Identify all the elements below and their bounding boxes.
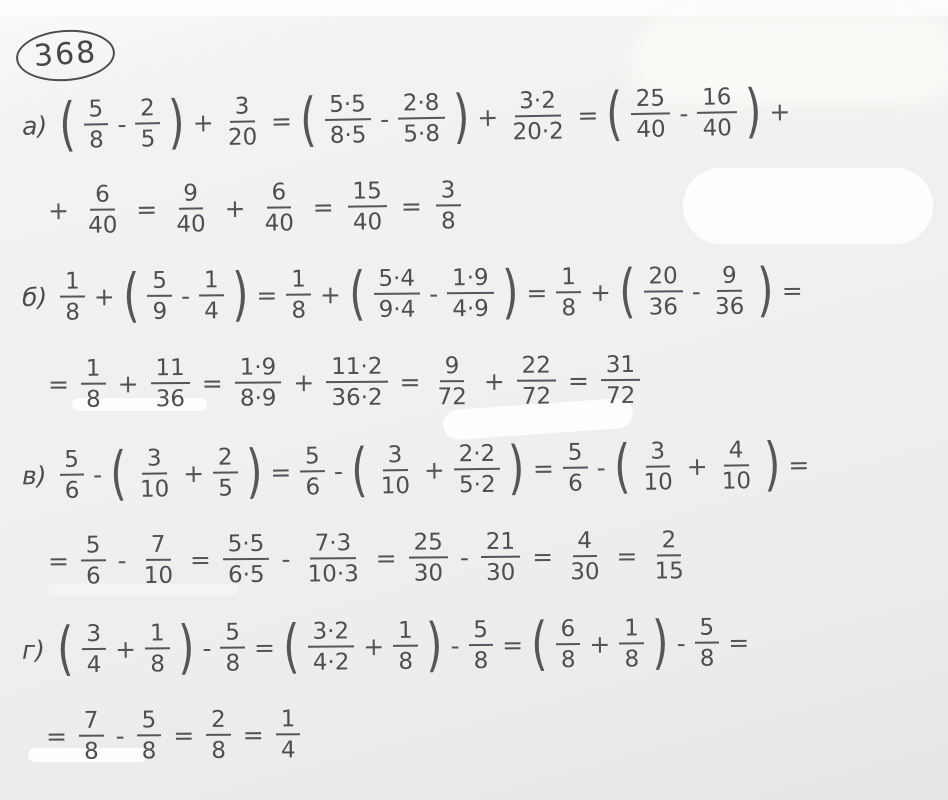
numerator: 9 [717, 262, 742, 292]
numerator: 25 [631, 85, 671, 115]
fraction: 78 [79, 707, 104, 765]
operator: + [183, 459, 204, 488]
denominator: 8 [286, 295, 311, 324]
operator: - [596, 453, 605, 482]
operator: + [589, 630, 610, 659]
denominator: 36 [151, 384, 190, 413]
fraction: 28 [206, 706, 231, 764]
fraction: 7·310·3 [302, 530, 364, 588]
denominator: 36 [644, 292, 684, 321]
fraction: 18 [556, 264, 581, 322]
operator: + [48, 196, 69, 225]
denominator: 10 [376, 471, 416, 500]
fraction: 14 [276, 706, 301, 764]
math-lines: а)(58-25)+320=(5·58·5-2·85·8)+3·220·2=(2… [0, 0, 948, 765]
denominator: 72 [432, 382, 471, 411]
denominator: 8·9 [235, 383, 282, 412]
math-line-8: =78-58=28=14 [22, 699, 940, 768]
denominator: 6 [81, 561, 106, 590]
numerator: 1 [286, 266, 311, 296]
denominator: 5 [213, 473, 238, 502]
numerator: 3 [436, 177, 461, 207]
operator: = [136, 195, 157, 224]
denominator: 8 [619, 644, 644, 673]
denominator: 10 [135, 474, 175, 503]
operator: = [313, 193, 334, 222]
fraction: 1·98·9 [235, 354, 282, 412]
fraction: 38 [436, 177, 461, 235]
fraction: 5·58·5 [324, 91, 372, 150]
operator: - [116, 721, 125, 750]
fraction: 3172 [601, 351, 641, 409]
denominator: 10 [717, 466, 757, 495]
numerator: 7·3 [310, 530, 357, 560]
numerator: 11 [150, 355, 189, 385]
numerator: 3 [142, 445, 167, 475]
fraction: 310 [134, 445, 174, 503]
operator: - [679, 99, 689, 128]
denominator: 4 [276, 735, 301, 764]
operator: + [115, 635, 136, 664]
denominator: 9·4 [374, 295, 421, 324]
denominator: 40 [697, 113, 737, 142]
math-line-3: б)18+(59-14)=18+(5·49·4-1·94·9)=18+(2036… [22, 258, 941, 329]
denominator: 40 [348, 207, 388, 236]
numerator: 3 [383, 442, 408, 472]
part-label: г) [22, 636, 45, 665]
fraction: 1·94·9 [447, 264, 494, 322]
fraction: 2·85·8 [398, 89, 446, 148]
operator: = [788, 450, 809, 479]
fraction: 3·24·2 [307, 618, 354, 676]
fraction: 58 [694, 614, 719, 672]
numerator: 6 [555, 616, 580, 646]
fraction: 410 [716, 437, 756, 495]
denominator: 40 [259, 208, 299, 237]
fraction: 56 [300, 443, 325, 501]
numerator: 5·5 [324, 91, 371, 121]
fraction: 1640 [697, 84, 737, 143]
part-label: в) [22, 461, 47, 490]
operator: = [782, 276, 803, 305]
fraction: 5·56·5 [223, 530, 270, 588]
numerator: 5 [81, 532, 106, 562]
operator: - [117, 110, 127, 139]
denominator: 8·5 [325, 120, 372, 149]
operator: + [320, 280, 341, 309]
operator: - [380, 105, 390, 134]
denominator: 8 [220, 648, 245, 677]
numerator: 5 [468, 616, 493, 646]
fraction: 940 [171, 180, 211, 238]
denominator: 4 [199, 296, 224, 325]
fraction: 25 [135, 95, 161, 153]
numerator: 5 [136, 707, 161, 737]
denominator: 40 [631, 114, 671, 143]
numerator: 1·9 [235, 354, 282, 384]
numerator: 25 [408, 529, 448, 559]
numerator: 3·2 [307, 618, 354, 648]
math-line-5: в)56-(310+25)=56-(310+2·25·2)=56-(310+41… [22, 432, 941, 508]
operator: = [48, 370, 69, 399]
denominator: 20·2 [507, 116, 569, 146]
fraction: 58 [220, 619, 245, 677]
fraction: 640 [83, 181, 123, 239]
numerator: 5·4 [373, 265, 420, 295]
operator: = [533, 454, 554, 483]
operator: = [526, 278, 547, 307]
denominator: 8 [145, 649, 170, 678]
fraction: 56 [563, 439, 588, 497]
numerator: 2 [213, 444, 238, 474]
numerator: 5 [694, 614, 719, 644]
fraction: 18 [81, 355, 106, 413]
numerator: 3 [645, 438, 670, 468]
denominator: 8 [436, 206, 461, 235]
denominator: 6·5 [223, 560, 270, 589]
numerator: 2 [206, 706, 231, 736]
numerator: 5 [300, 443, 325, 473]
denominator: 4·9 [447, 294, 494, 323]
operator: + [477, 103, 499, 132]
numerator: 5 [83, 96, 108, 126]
numerator: 22 [517, 352, 556, 382]
operator: + [192, 108, 214, 137]
fraction: 2540 [631, 85, 671, 144]
denominator: 36 [710, 292, 750, 321]
numerator: 2 [135, 95, 160, 125]
denominator: 36·2 [326, 383, 387, 412]
denominator: 8 [556, 645, 581, 674]
operator: - [117, 546, 126, 575]
operator: - [202, 634, 211, 663]
operator: = [190, 545, 211, 574]
fraction: 3·220·2 [507, 87, 569, 146]
fraction: 2272 [517, 352, 557, 410]
operator: + [769, 97, 791, 126]
operator: = [254, 633, 275, 662]
denominator: 6 [300, 472, 325, 501]
operator: - [692, 277, 701, 306]
math-line-2: +640=940+640=1540=38 [22, 168, 941, 242]
fraction: 320 [222, 93, 262, 152]
numerator: 1 [393, 617, 418, 647]
operator: + [424, 456, 445, 485]
operator: = [728, 628, 749, 657]
operator: = [502, 631, 523, 660]
operator: + [686, 452, 707, 481]
fraction: 11·236·2 [326, 353, 388, 411]
denominator: 15 [649, 556, 689, 585]
numerator: 15 [347, 178, 387, 208]
fraction: 18 [619, 615, 644, 673]
numerator: 7 [79, 707, 104, 737]
operator: - [429, 279, 438, 308]
fraction: 2·25·2 [453, 440, 500, 499]
numerator: 6 [266, 179, 291, 209]
math-line-6: =56-710=5·56·5-7·310·3=2530-2130=430=215 [22, 522, 941, 593]
fraction: 310 [375, 441, 415, 499]
fraction: 5·49·4 [373, 265, 420, 323]
operator: = [568, 366, 589, 395]
operator: + [293, 368, 314, 397]
operator: + [590, 278, 611, 307]
fraction: 640 [259, 179, 299, 237]
fraction: 34 [81, 620, 106, 678]
numerator: 7 [146, 531, 171, 561]
fraction: 58 [136, 707, 161, 765]
denominator: 30 [409, 558, 449, 587]
fraction: 2036 [643, 263, 683, 321]
denominator: 5 [135, 124, 160, 153]
operator: - [450, 631, 459, 660]
denominator: 8 [79, 737, 104, 766]
part-label: б) [22, 283, 47, 312]
numerator: 5·5 [223, 530, 270, 560]
numerator: 3 [81, 620, 106, 650]
denominator: 72 [601, 381, 640, 410]
operator: = [532, 542, 553, 571]
denominator: 30 [565, 557, 605, 586]
numerator: 4 [723, 437, 748, 467]
fraction: 2130 [481, 528, 521, 586]
numerator: 5 [563, 439, 588, 469]
operator: = [401, 192, 422, 221]
denominator: 9 [147, 297, 172, 326]
numerator: 11·2 [326, 353, 387, 383]
operator: = [173, 721, 194, 750]
numerator: 6 [90, 181, 115, 211]
denominator: 6 [563, 469, 588, 498]
fraction: 18 [286, 266, 311, 324]
numerator: 1 [81, 355, 106, 385]
numerator: 1·9 [447, 264, 494, 294]
fraction: 430 [565, 527, 605, 585]
operator: = [48, 547, 69, 576]
operator: = [270, 458, 291, 487]
operator: - [334, 457, 343, 486]
numerator: 5 [147, 267, 172, 297]
operator: + [94, 282, 115, 311]
numerator: 21 [481, 528, 521, 558]
denominator: 72 [517, 381, 556, 410]
denominator: 8 [84, 125, 109, 154]
denominator: 8 [393, 647, 418, 676]
numerator: 2·2 [453, 440, 500, 470]
operator: = [399, 367, 420, 396]
numerator: 2 [656, 527, 681, 557]
operator: + [363, 632, 384, 661]
numerator: 4 [572, 528, 597, 558]
math-line-4: =18+1136=1·98·9+11·236·2=972+2272=3172 [22, 347, 940, 416]
denominator: 40 [83, 210, 123, 239]
fraction: 936 [710, 262, 750, 320]
operator: = [577, 101, 599, 130]
fraction: 25 [213, 444, 238, 502]
numerator: 5 [59, 446, 84, 476]
denominator: 8 [695, 644, 720, 673]
notebook-page: 368 а)(58-25)+320=(5·58·5-2·85·8)+3·220·… [0, 0, 948, 800]
denominator: 4 [82, 650, 107, 679]
denominator: 8 [469, 646, 494, 675]
operator: = [46, 722, 67, 751]
operator: + [484, 367, 505, 396]
denominator: 20 [223, 122, 263, 151]
denominator: 5·2 [454, 470, 501, 499]
operator: - [676, 629, 685, 658]
fraction: 56 [81, 532, 106, 590]
numerator: 1 [199, 267, 224, 297]
denominator: 5·8 [398, 119, 445, 148]
numerator: 2·8 [398, 89, 445, 119]
denominator: 8 [137, 736, 162, 765]
fraction: 710 [138, 531, 178, 589]
fraction: 58 [468, 616, 493, 674]
part-label: а) [22, 111, 48, 140]
fraction: 215 [649, 527, 689, 585]
denominator: 8 [556, 293, 581, 322]
operator: - [281, 545, 290, 574]
denominator: 6 [60, 476, 85, 505]
operator: + [118, 369, 139, 398]
operator: - [93, 460, 102, 489]
numerator: 5 [220, 619, 245, 649]
fraction: 56 [59, 446, 84, 504]
operator: - [181, 282, 190, 311]
operator: = [256, 281, 277, 310]
numerator: 1 [619, 615, 644, 645]
numerator: 31 [601, 351, 640, 381]
operator: = [243, 721, 264, 750]
numerator: 9 [178, 180, 203, 210]
numerator: 20 [643, 263, 683, 293]
denominator: 40 [171, 209, 211, 238]
fraction: 59 [147, 267, 172, 325]
fraction: 18 [60, 268, 85, 326]
operator: = [616, 542, 637, 571]
denominator: 8 [206, 736, 231, 765]
numerator: 16 [697, 84, 737, 114]
denominator: 8 [60, 297, 85, 326]
math-line-1: а)(58-25)+320=(5·58·5-2·85·8)+3·220·2=(2… [21, 77, 940, 158]
numerator: 1 [556, 264, 581, 294]
operator: = [271, 107, 293, 136]
fraction: 972 [432, 353, 472, 411]
fraction: 58 [83, 96, 109, 154]
fraction: 14 [199, 267, 224, 325]
fraction: 18 [145, 620, 170, 678]
fraction: 18 [393, 617, 418, 675]
numerator: 3 [229, 93, 254, 123]
denominator: 8 [81, 385, 106, 414]
operator: = [376, 544, 397, 573]
fraction: 1136 [150, 355, 190, 413]
denominator: 10 [638, 467, 678, 496]
math-line-7: г)(34+18)-58=(3·24·2+18)-58=(68+18)-58= [22, 609, 941, 682]
denominator: 30 [481, 558, 521, 587]
operator: - [460, 543, 469, 572]
operator: + [224, 194, 245, 223]
fraction: 1540 [347, 178, 387, 236]
denominator: 10·3 [302, 559, 363, 588]
fraction: 68 [555, 616, 580, 674]
fraction: 2530 [408, 529, 448, 587]
denominator: 4·2 [308, 647, 355, 676]
numerator: 1 [276, 706, 301, 736]
operator: = [202, 369, 223, 398]
numerator: 9 [440, 353, 465, 383]
numerator: 3·2 [514, 87, 561, 117]
fraction: 310 [638, 438, 678, 496]
numerator: 1 [145, 620, 170, 650]
numerator: 1 [60, 268, 85, 298]
denominator: 10 [139, 561, 179, 590]
